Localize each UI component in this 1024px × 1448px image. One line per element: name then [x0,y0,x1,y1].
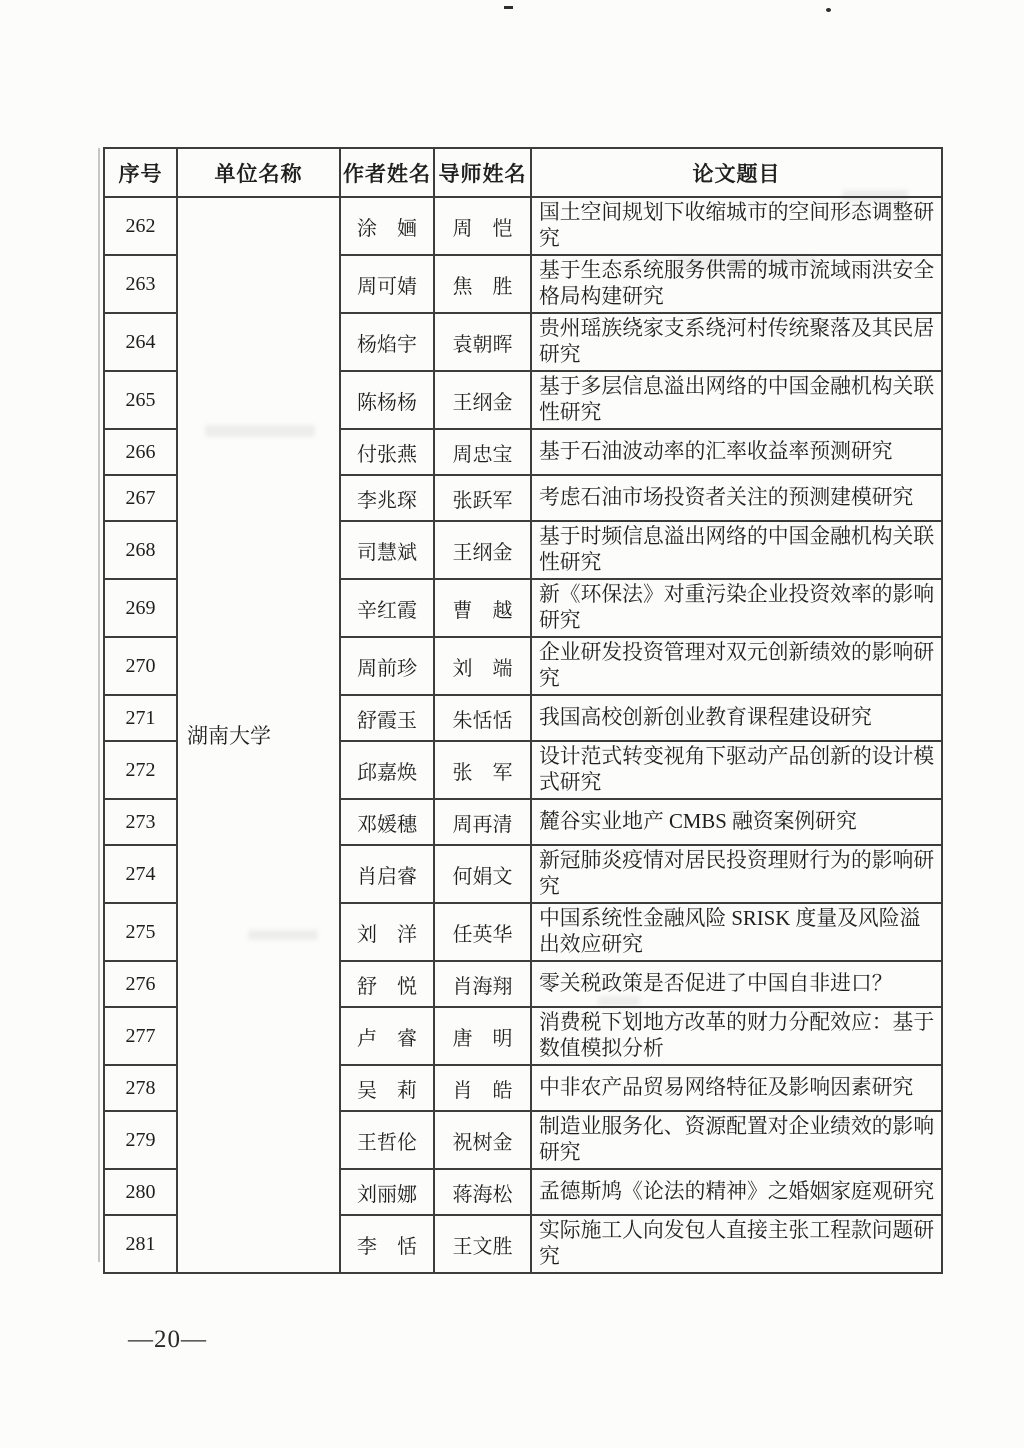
title-cell: 零关税政策是否促进了中国自非进口？ [531,961,942,1007]
seq-cell: 272 [104,741,177,799]
advisor-cell: 焦 胜 [434,255,531,313]
author-cell: 李兆琛 [340,475,434,521]
page-number: —20— [128,1326,207,1354]
author-cell: 舒 悦 [340,961,434,1007]
author-cell: 李 恬 [340,1215,434,1273]
advisor-cell: 周再清 [434,799,531,845]
author-cell: 刘丽娜 [340,1169,434,1215]
header-thesis-title: 论文题目 [531,148,942,197]
table-row: 262湖南大学涂 婳周 恺国土空间规划下收缩城市的空间形态调整研究 [104,197,942,255]
seq-cell: 274 [104,845,177,903]
advisor-cell: 曹 越 [434,579,531,637]
seq-cell: 279 [104,1111,177,1169]
author-cell: 陈杨杨 [340,371,434,429]
seq-cell: 262 [104,197,177,255]
advisor-cell: 王纲金 [434,521,531,579]
thesis-list-table: 序号 单位名称 作者姓名 导师姓名 论文题目 262湖南大学涂 婳周 恺国土空间… [103,147,943,1274]
title-cell: 考虑石油市场投资者关注的预测建模研究 [531,475,942,521]
seq-cell: 281 [104,1215,177,1273]
title-cell: 制造业服务化、资源配置对企业绩效的影响研究 [531,1111,942,1169]
author-cell: 邱嘉焕 [340,741,434,799]
advisor-cell: 何娟文 [434,845,531,903]
author-cell: 辛红霞 [340,579,434,637]
seq-cell: 269 [104,579,177,637]
scan-ghost-line [98,148,100,1262]
advisor-cell: 肖海翔 [434,961,531,1007]
author-cell: 邓媛穗 [340,799,434,845]
author-cell: 付张燕 [340,429,434,475]
title-cell: 设计范式转变视角下驱动产品创新的设计模式研究 [531,741,942,799]
advisor-cell: 刘 端 [434,637,531,695]
title-cell: 企业研发投资管理对双元创新绩效的影响研究 [531,637,942,695]
seq-cell: 278 [104,1065,177,1111]
author-cell: 卢 睿 [340,1007,434,1065]
advisor-cell: 祝树金 [434,1111,531,1169]
scan-speck [826,8,831,12]
unit-name-cell: 湖南大学 [177,197,340,1273]
seq-cell: 273 [104,799,177,845]
advisor-cell: 唐 明 [434,1007,531,1065]
header-seq: 序号 [104,148,177,197]
seq-cell: 263 [104,255,177,313]
title-cell: 新冠肺炎疫情对居民投资理财行为的影响研究 [531,845,942,903]
seq-cell: 280 [104,1169,177,1215]
seq-cell: 277 [104,1007,177,1065]
author-cell: 肖启睿 [340,845,434,903]
seq-cell: 275 [104,903,177,961]
title-cell: 中非农产品贸易网络特征及影响因素研究 [531,1065,942,1111]
author-cell: 周前珍 [340,637,434,695]
author-cell: 司慧斌 [340,521,434,579]
title-cell: 我国高校创新创业教育课程建设研究 [531,695,942,741]
title-cell: 新《环保法》对重污染企业投资效率的影响研究 [531,579,942,637]
seq-cell: 268 [104,521,177,579]
author-cell: 杨焰宇 [340,313,434,371]
title-cell: 消费税下划地方改革的财力分配效应：基于数值模拟分析 [531,1007,942,1065]
title-cell: 实际施工人向发包人直接主张工程款问题研究 [531,1215,942,1273]
title-cell: 中国系统性金融风险 SRISK 度量及风险溢出效应研究 [531,903,942,961]
title-cell: 孟德斯鸠《论法的精神》之婚姻家庭观研究 [531,1169,942,1215]
advisor-cell: 蒋海松 [434,1169,531,1215]
seq-cell: 271 [104,695,177,741]
header-unit-name: 单位名称 [177,148,340,197]
advisor-cell: 朱恬恬 [434,695,531,741]
advisor-cell: 周 恺 [434,197,531,255]
document-page: 序号 单位名称 作者姓名 导师姓名 论文题目 262湖南大学涂 婳周 恺国土空间… [0,0,1024,1448]
seq-cell: 266 [104,429,177,475]
advisor-cell: 周忠宝 [434,429,531,475]
seq-cell: 265 [104,371,177,429]
author-cell: 刘 洋 [340,903,434,961]
advisor-cell: 王文胜 [434,1215,531,1273]
seq-cell: 276 [104,961,177,1007]
title-cell: 贵州瑶族绕家支系绕河村传统聚落及其民居研究 [531,313,942,371]
advisor-cell: 袁朝晖 [434,313,531,371]
seq-cell: 267 [104,475,177,521]
author-cell: 舒霞玉 [340,695,434,741]
author-cell: 王哲伦 [340,1111,434,1169]
scan-speck [504,6,513,9]
title-cell: 麓谷实业地产 CMBS 融资案例研究 [531,799,942,845]
author-cell: 涂 婳 [340,197,434,255]
seq-cell: 270 [104,637,177,695]
advisor-cell: 肖 皓 [434,1065,531,1111]
header-advisor-name: 导师姓名 [434,148,531,197]
title-cell: 基于生态系统服务供需的城市流域雨洪安全格局构建研究 [531,255,942,313]
advisor-cell: 任英华 [434,903,531,961]
advisor-cell: 张跃军 [434,475,531,521]
advisor-cell: 王纲金 [434,371,531,429]
title-cell: 国土空间规划下收缩城市的空间形态调整研究 [531,197,942,255]
title-cell: 基于时频信息溢出网络的中国金融机构关联性研究 [531,521,942,579]
title-cell: 基于多层信息溢出网络的中国金融机构关联性研究 [531,371,942,429]
header-author-name: 作者姓名 [340,148,434,197]
advisor-cell: 张 军 [434,741,531,799]
author-cell: 吴 莉 [340,1065,434,1111]
table-header-row: 序号 单位名称 作者姓名 导师姓名 论文题目 [104,148,942,197]
seq-cell: 264 [104,313,177,371]
title-cell: 基于石油波动率的汇率收益率预测研究 [531,429,942,475]
author-cell: 周可婧 [340,255,434,313]
